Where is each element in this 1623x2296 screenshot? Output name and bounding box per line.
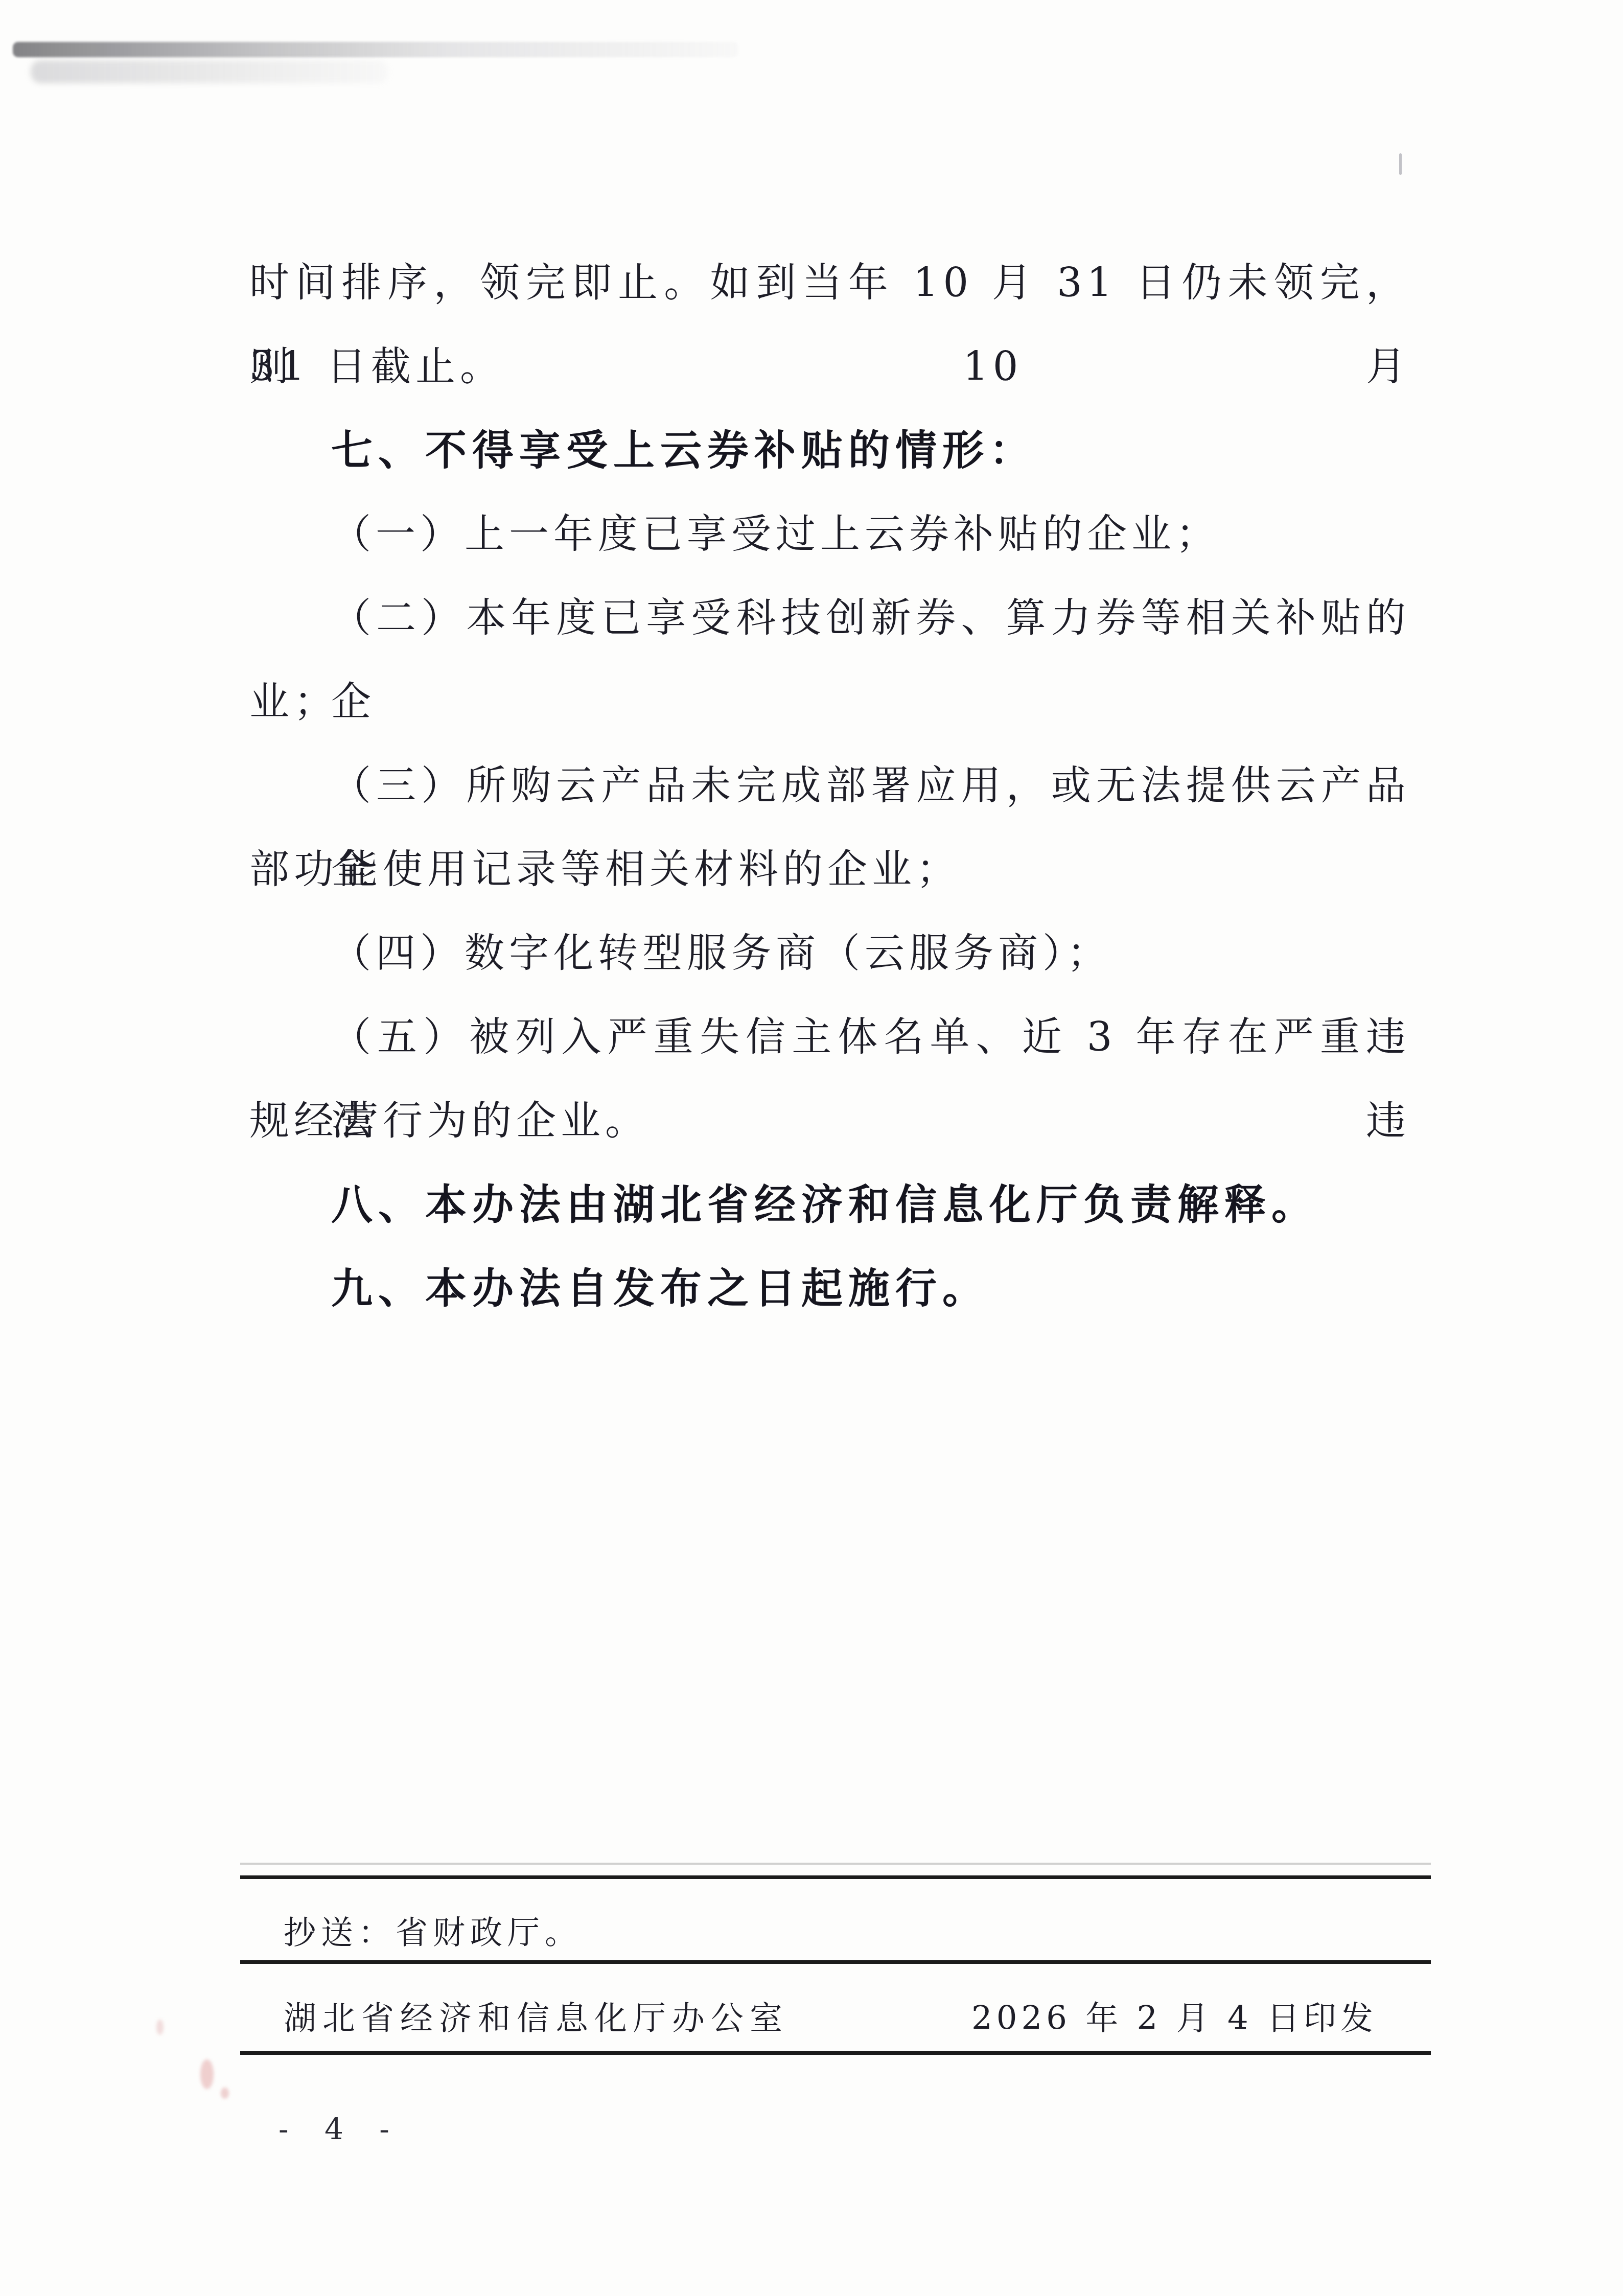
page-number: - 4 -: [279, 2105, 403, 2152]
footer-rule-ghost: [240, 1863, 1431, 1865]
section-heading-8: 八、本办法由湖北省经济和信息化厅负责解释。: [249, 1163, 1410, 1247]
list-item-5: （五）被列入严重失信主体名单、近 3 年存在严重违法违: [249, 995, 1410, 1079]
scan-speck: [221, 2088, 229, 2099]
issue-row: 湖北省经济和信息化厅办公室 2026 年 2 月 4 日印发: [240, 1990, 1431, 2047]
list-item-4: （四）数字化转型服务商（云服务商）；: [249, 912, 1410, 995]
footer-rule-top: [240, 1875, 1431, 1879]
list-item-1: （一）上一年度已享受过上云券补贴的企业；: [249, 493, 1410, 576]
scan-tick-mark: [1399, 153, 1402, 175]
footer-rule-bottom: [240, 2051, 1431, 2055]
list-item-3: （三）所购云产品未完成部署应用，或无法提供云产品全: [249, 744, 1410, 828]
body-line-continuation: 时间排序，领完即止。如到当年 10 月 31 日仍未领完，则 10 月: [249, 241, 1410, 325]
list-item-3-wrap: 部功能使用记录等相关材料的企业；: [249, 828, 1410, 912]
document-page: 时间排序，领完即止。如到当年 10 月 31 日仍未领完，则 10 月 31 日…: [0, 0, 1623, 2296]
print-date: 2026 年 2 月 4 日印发: [971, 1990, 1377, 2047]
scan-smudge-top: [13, 42, 738, 57]
list-item-2: （二）本年度已享受科技创新券、算力券等相关补贴的企: [249, 576, 1410, 660]
list-item-2-wrap: 业；: [249, 660, 1410, 744]
scan-speck: [156, 2020, 164, 2035]
document-body: 时间排序，领完即止。如到当年 10 月 31 日仍未领完，则 10 月 31 日…: [249, 241, 1410, 1331]
scan-smudge-top-secondary: [31, 60, 388, 83]
cc-line: 抄送：省财政厅。: [240, 1905, 1431, 1961]
footer-rule-middle: [240, 1960, 1431, 1964]
issuing-office: 湖北省经济和信息化厅办公室: [284, 1990, 789, 2047]
section-heading-7: 七、不得享受上云券补贴的情形：: [249, 409, 1410, 493]
section-heading-9: 九、本办法自发布之日起施行。: [249, 1247, 1410, 1331]
scan-speck: [200, 2059, 214, 2089]
